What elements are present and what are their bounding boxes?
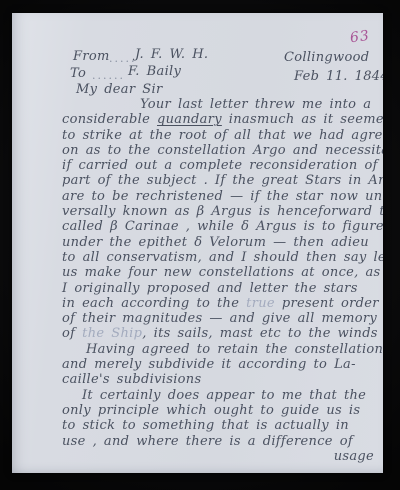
letter-line: in each according to the true present or… bbox=[62, 296, 383, 311]
letter-line: use , and where there is a difference of bbox=[62, 434, 383, 449]
letter-page: 63 From ..... J. F. W. H. Collingwood To… bbox=[12, 13, 383, 473]
text-segment: to all conservatism, and I should then s… bbox=[62, 250, 383, 265]
text-segment: I originally proposed and letter the sta… bbox=[62, 281, 358, 296]
text-segment: It certainly does appear to me that the bbox=[82, 388, 366, 403]
to-value: F. Baily bbox=[128, 64, 181, 79]
place-line: Collingwood bbox=[284, 50, 369, 65]
date-line: Feb 11. 1844 bbox=[294, 69, 383, 84]
letter-line: Having agreed to retain the constellatio… bbox=[86, 342, 383, 357]
text-segment: us make four new constellations at once,… bbox=[62, 265, 381, 280]
letter-line: part of the subject . If the great Stars… bbox=[62, 173, 383, 188]
text-segment: caille's subdivisions bbox=[62, 372, 201, 387]
text-segment: Having agreed to retain the constellatio… bbox=[86, 342, 383, 357]
text-segment: Your last letter threw me into a bbox=[140, 97, 371, 112]
text-segment: usage bbox=[334, 449, 374, 464]
letter-body: Your last letter threw me into aconsider… bbox=[62, 97, 383, 464]
text-segment: only principle which ought to guide us i… bbox=[62, 403, 360, 418]
text-segment: if carried out a complete reconsideratio… bbox=[62, 158, 383, 173]
letter-line: I originally proposed and letter the sta… bbox=[62, 281, 383, 296]
text-segment: under the epithet δ Velorum — then adieu bbox=[62, 235, 369, 250]
text-segment: of bbox=[62, 326, 82, 341]
text-segment: on as to the constellation Argo and nece… bbox=[62, 143, 383, 158]
text-segment: , its sails, mast etc to the winds bbox=[142, 326, 378, 341]
text-segment: versally known as β Argus is henceforwar… bbox=[62, 204, 383, 219]
text-segment: called β Carinae , while δ Argus is to f… bbox=[62, 219, 383, 234]
letter-line: It certainly does appear to me that the bbox=[82, 388, 383, 403]
letter-line: of their magnitudes — and give all memor… bbox=[62, 311, 383, 326]
text-segment: to stick to something that is actually i… bbox=[62, 418, 349, 433]
letter-line: and merely subdivide it according to La- bbox=[62, 357, 383, 372]
text-segment: of their magnitudes — and give all memor… bbox=[62, 311, 377, 326]
salutation: My dear Sir bbox=[76, 82, 162, 97]
letter-line: on as to the constellation Argo and nece… bbox=[62, 143, 383, 158]
from-value: J. F. W. H. bbox=[135, 47, 208, 62]
to-label: To bbox=[70, 66, 86, 81]
from-label: From bbox=[73, 49, 110, 64]
text-segment: are to be rechristened — if the star now… bbox=[62, 189, 383, 204]
letter-line: Your last letter threw me into a bbox=[140, 97, 383, 112]
text-segment: considerable bbox=[62, 112, 157, 127]
text-segment: to strike at the root of all that we had… bbox=[62, 128, 383, 143]
letter-line: under the epithet δ Velorum — then adieu bbox=[62, 235, 383, 250]
text-segment: and merely subdivide it according to La- bbox=[62, 357, 356, 372]
letter-line: versally known as β Argus is henceforwar… bbox=[62, 204, 383, 219]
text-segment: use , and where there is a difference of bbox=[62, 434, 353, 449]
text-segment: part of the subject . If the great Stars… bbox=[62, 173, 383, 188]
text-segment: inasmuch as it seemed bbox=[222, 112, 383, 127]
text-segment: present order bbox=[275, 296, 379, 311]
faded-word: true bbox=[246, 296, 275, 311]
letter-line: us make four new constellations at once,… bbox=[62, 265, 383, 280]
scanned-letter-photograph: { "document": { "folio_number": "63", "h… bbox=[0, 0, 400, 490]
letter-line: if carried out a complete reconsideratio… bbox=[62, 158, 383, 173]
to-leader-dots: ...... bbox=[92, 69, 125, 82]
text-segment: in each according to the bbox=[62, 296, 246, 311]
letter-line: to all conservatism, and I should then s… bbox=[62, 250, 383, 265]
faded-word: the Ship bbox=[82, 326, 142, 341]
letter-line: only principle which ought to guide us i… bbox=[62, 403, 383, 418]
letter-line: are to be rechristened — if the star now… bbox=[62, 189, 383, 204]
letter-line: to stick to something that is actually i… bbox=[62, 418, 383, 433]
underlined-word: quandary bbox=[157, 112, 222, 127]
letter-line: of the Ship, its sails, mast etc to the … bbox=[62, 326, 383, 341]
letter-line: caille's subdivisions bbox=[62, 372, 383, 387]
letter-line: to strike at the root of all that we had… bbox=[62, 128, 383, 143]
folio-number: 63 bbox=[349, 28, 371, 47]
letter-line: called β Carinae , while δ Argus is to f… bbox=[62, 219, 383, 234]
letter-line: considerable quandary inasmuch as it see… bbox=[62, 112, 383, 127]
letter-line: usage bbox=[62, 449, 383, 464]
